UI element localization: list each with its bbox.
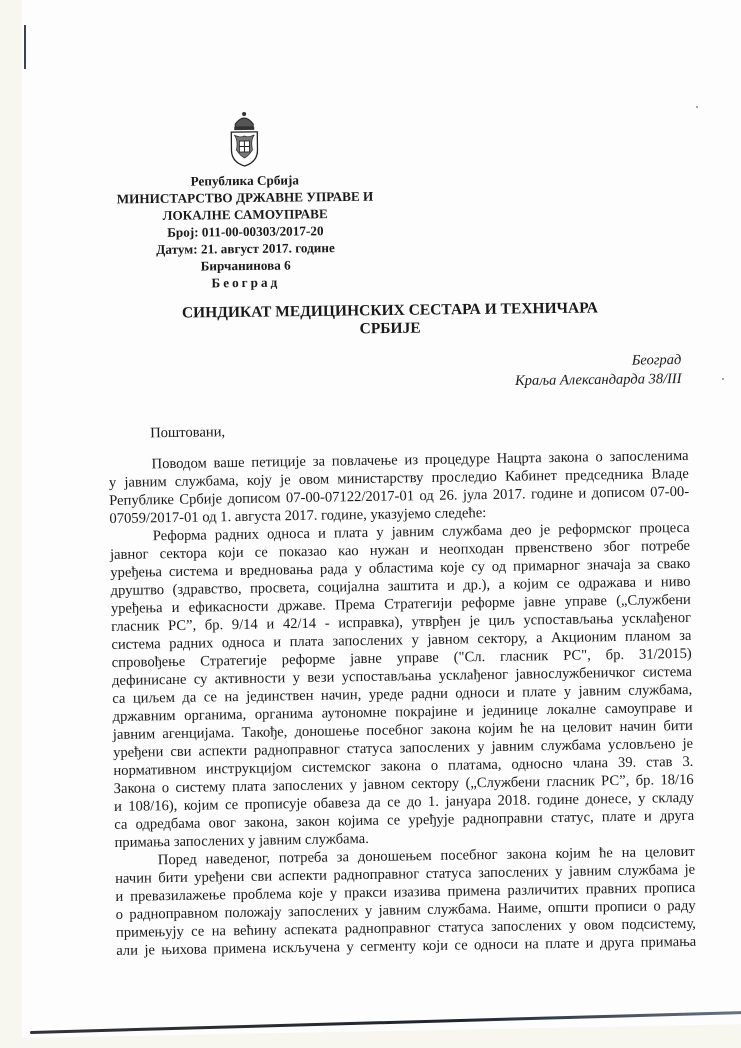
recipient-street: Краља Александарда 38/III — [515, 370, 682, 391]
letter-body: Поштовани, Поводом ваше петиције за повл… — [108, 416, 696, 960]
recipient-name: СИНДИКАТ МЕДИЦИНСКИХ СЕСТАРА И ТЕХНИЧАРА… — [150, 299, 630, 341]
serbian-coat-of-arms-icon — [226, 110, 263, 168]
letter-text: Поводом ваше петиције за повлачење из пр… — [108, 447, 696, 960]
sender-header: Република Србија МИНИСТАРСТВО ДРЖАВНЕ УП… — [89, 108, 401, 292]
scan-speck — [722, 378, 724, 380]
recipient-city: Београд — [514, 351, 681, 372]
scan-speck — [696, 106, 698, 108]
recipient-address: Београд Краља Александарда 38/III — [514, 351, 681, 391]
sender-city: Београд — [91, 272, 401, 292]
scan-mark — [24, 25, 26, 69]
ministry-name-line1: МИНИСТАРСТВО ДРЖАВНЕ УПРАВЕ И — [90, 187, 400, 207]
